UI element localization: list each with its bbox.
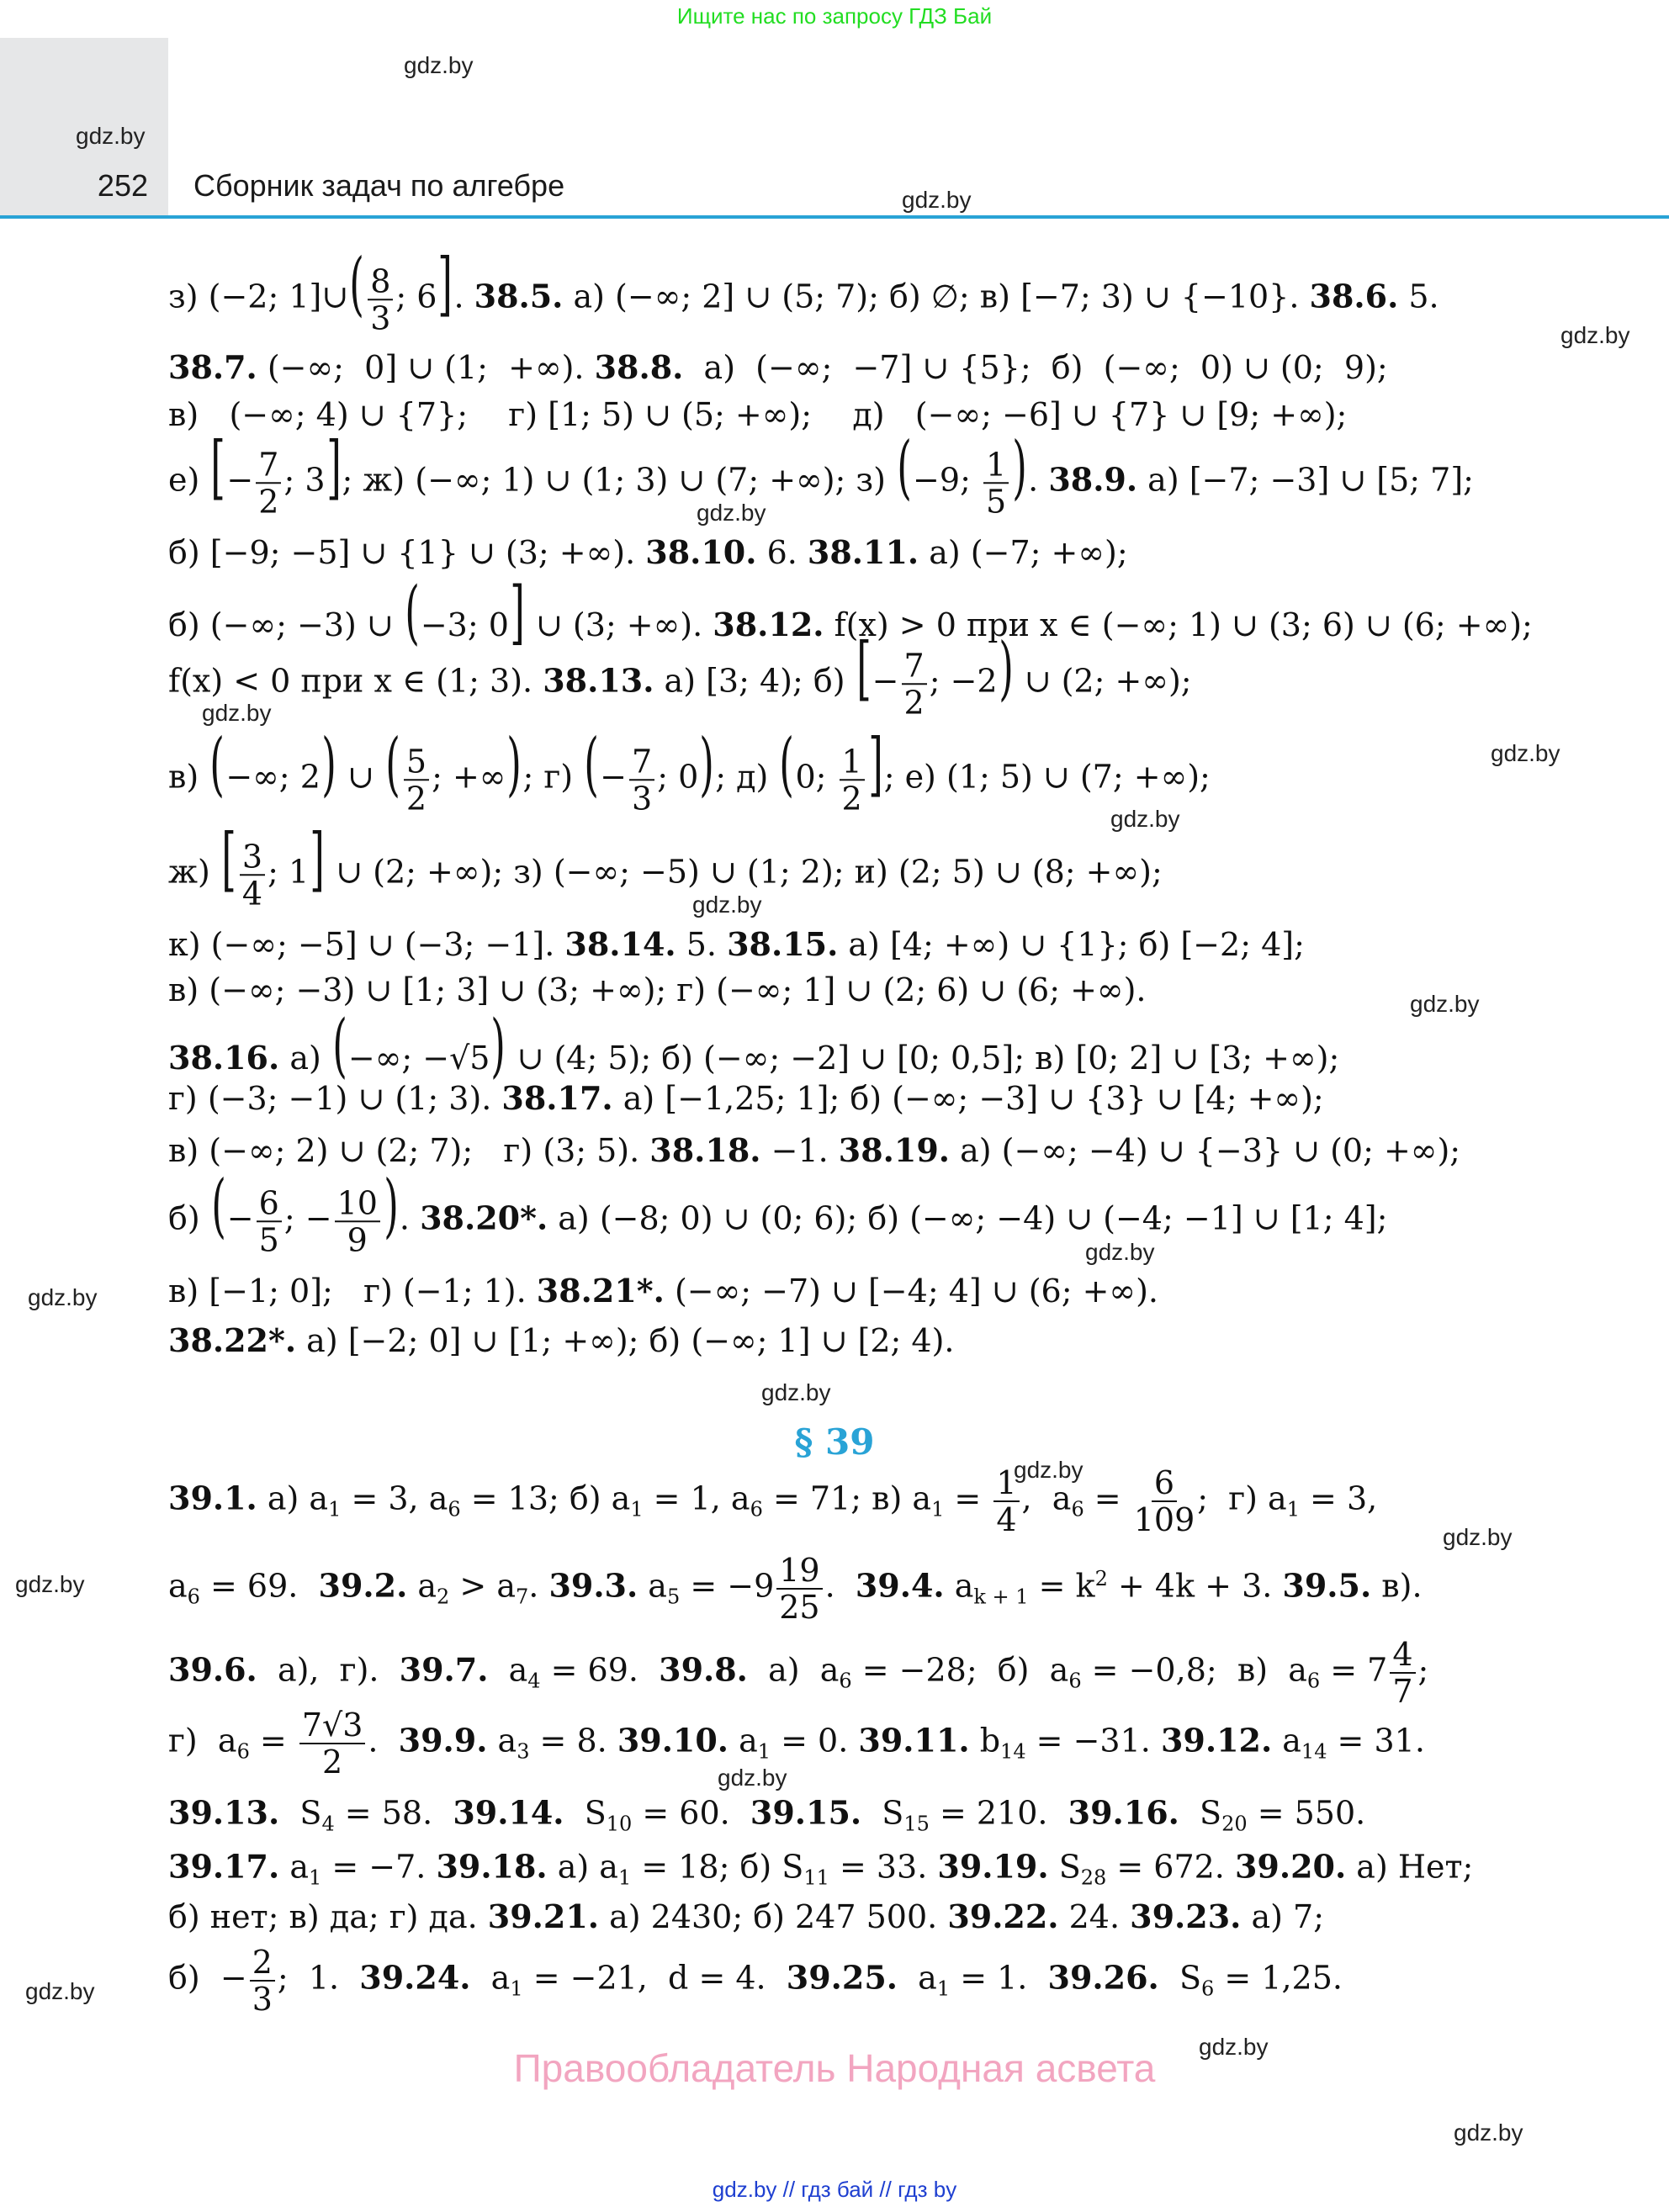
answer-line-1: з) (−2; 1]∪(83; 6]. 38.5. а) (−∞; 2] ∪ (… <box>168 250 1531 334</box>
answer-line-4: е) [−72; 3]; ж) (−∞; 1) ∪ (1; 3) ∪ (7; +… <box>168 433 1531 517</box>
watermark: gdz.by <box>1560 322 1630 349</box>
watermark: gdz.by <box>1454 2119 1523 2146</box>
copyright-notice: Правообладатель Народная асвета <box>0 2045 1669 2091</box>
answer-line-3: в) (−∞; 4) ∪ {7}; г) [1; 5) ∪ (5; +∞); д… <box>168 398 1531 431</box>
answer-line-12: 38.16. а) (−∞; −√5) ∪ (4; 5); б) (−∞; −2… <box>168 1012 1531 1081</box>
answer-line-19: a6 = 69. 39.2. a2 > a7. 39.3. a5 = −9192… <box>168 1554 1531 1623</box>
answer-line-20: 39.6. а), г). 39.7. a4 = 69. 39.8. а) a6… <box>168 1638 1531 1707</box>
answer-line-21: г) a6 = 7√32. 39.9. a3 = 8. 39.10. a1 = … <box>168 1709 1531 1778</box>
search-banner: Ищите нас по запросу ГДЗ Бай <box>0 3 1669 29</box>
answer-line-13: г) (−3; −1) ∪ (1; 3). 38.17. а) [−1,25; … <box>168 1082 1531 1115</box>
running-title: Сборник задач по алгебре <box>193 168 564 204</box>
answer-line-14: в) (−∞; 2) ∪ (2; 7); г) (3; 5). 38.18. −… <box>168 1134 1531 1167</box>
answer-line-15: б) (−65; −109). 38.20*. а) (−8; 0) ∪ (0;… <box>168 1172 1531 1256</box>
fraction: 83 <box>368 265 393 334</box>
answer-line-11: в) (−∞; −3) ∪ [1; 3] ∪ (3; +∞); г) (−∞; … <box>168 973 1531 1007</box>
answer-line-22: 39.13. S4 = 58. 39.14. S10 = 60. 39.15. … <box>168 1797 1531 1841</box>
section-heading: § 39 <box>0 1421 1669 1463</box>
page-number: 252 <box>0 168 148 204</box>
watermark: gdz.by <box>404 52 474 79</box>
answer-line-16: в) [−1; 0]; г) (−1; 1). 38.21*. (−∞; −7)… <box>168 1274 1531 1308</box>
answer-line-8: в) (−∞; 2) ∪ (52; +∞); г) (−73; 0); д) (… <box>168 730 1531 814</box>
watermark: gdz.by <box>15 1571 85 1598</box>
watermark: gdz.by <box>902 187 972 214</box>
answer-line-18: 39.1. а) a1 = 3, a6 = 13; б) a1 = 1, a6 … <box>168 1467 1531 1536</box>
answer-line-25: б) −23; 1. 39.24. a1 = −21, d = 4. 39.25… <box>168 1946 1531 2015</box>
answer-line-17: 38.22*. а) [−2; 0] ∪ [1; +∞); б) (−∞; 1]… <box>168 1324 1531 1357</box>
watermark: gdz.by <box>76 123 146 150</box>
footer-links[interactable]: gdz.by // гдз бай // гдз by <box>0 2177 1669 2203</box>
answer-line-24: б) нет; в) да; г) да. 39.21. а) 2430; б)… <box>168 1900 1531 1934</box>
watermark: gdz.by <box>25 1978 95 2005</box>
header-rule <box>0 215 1669 219</box>
answer-line-2: 38.7. (−∞; 0] ∪ (1; +∞). 38.8. а) (−∞; −… <box>168 351 1531 384</box>
answer-line-10: к) (−∞; −5] ∪ (−3; −1]. 38.14. 5. 38.15.… <box>168 928 1531 961</box>
watermark: gdz.by <box>761 1379 831 1406</box>
answer-line-9: ж) [34; 1] ∪ (2; +∞); з) (−∞; −5) ∪ (1; … <box>168 825 1531 909</box>
answer-line-23: 39.17. a1 = −7. 39.18. а) a1 = 18; б) S1… <box>168 1850 1531 1895</box>
watermark: gdz.by <box>28 1284 98 1311</box>
answer-line-7: f(x) < 0 при x ∈ (1; 3). 38.13. а) [3; 4… <box>168 634 1531 718</box>
answer-line-5: б) [−9; −5] ∪ {1} ∪ (3; +∞). 38.10. 6. 3… <box>168 536 1531 569</box>
